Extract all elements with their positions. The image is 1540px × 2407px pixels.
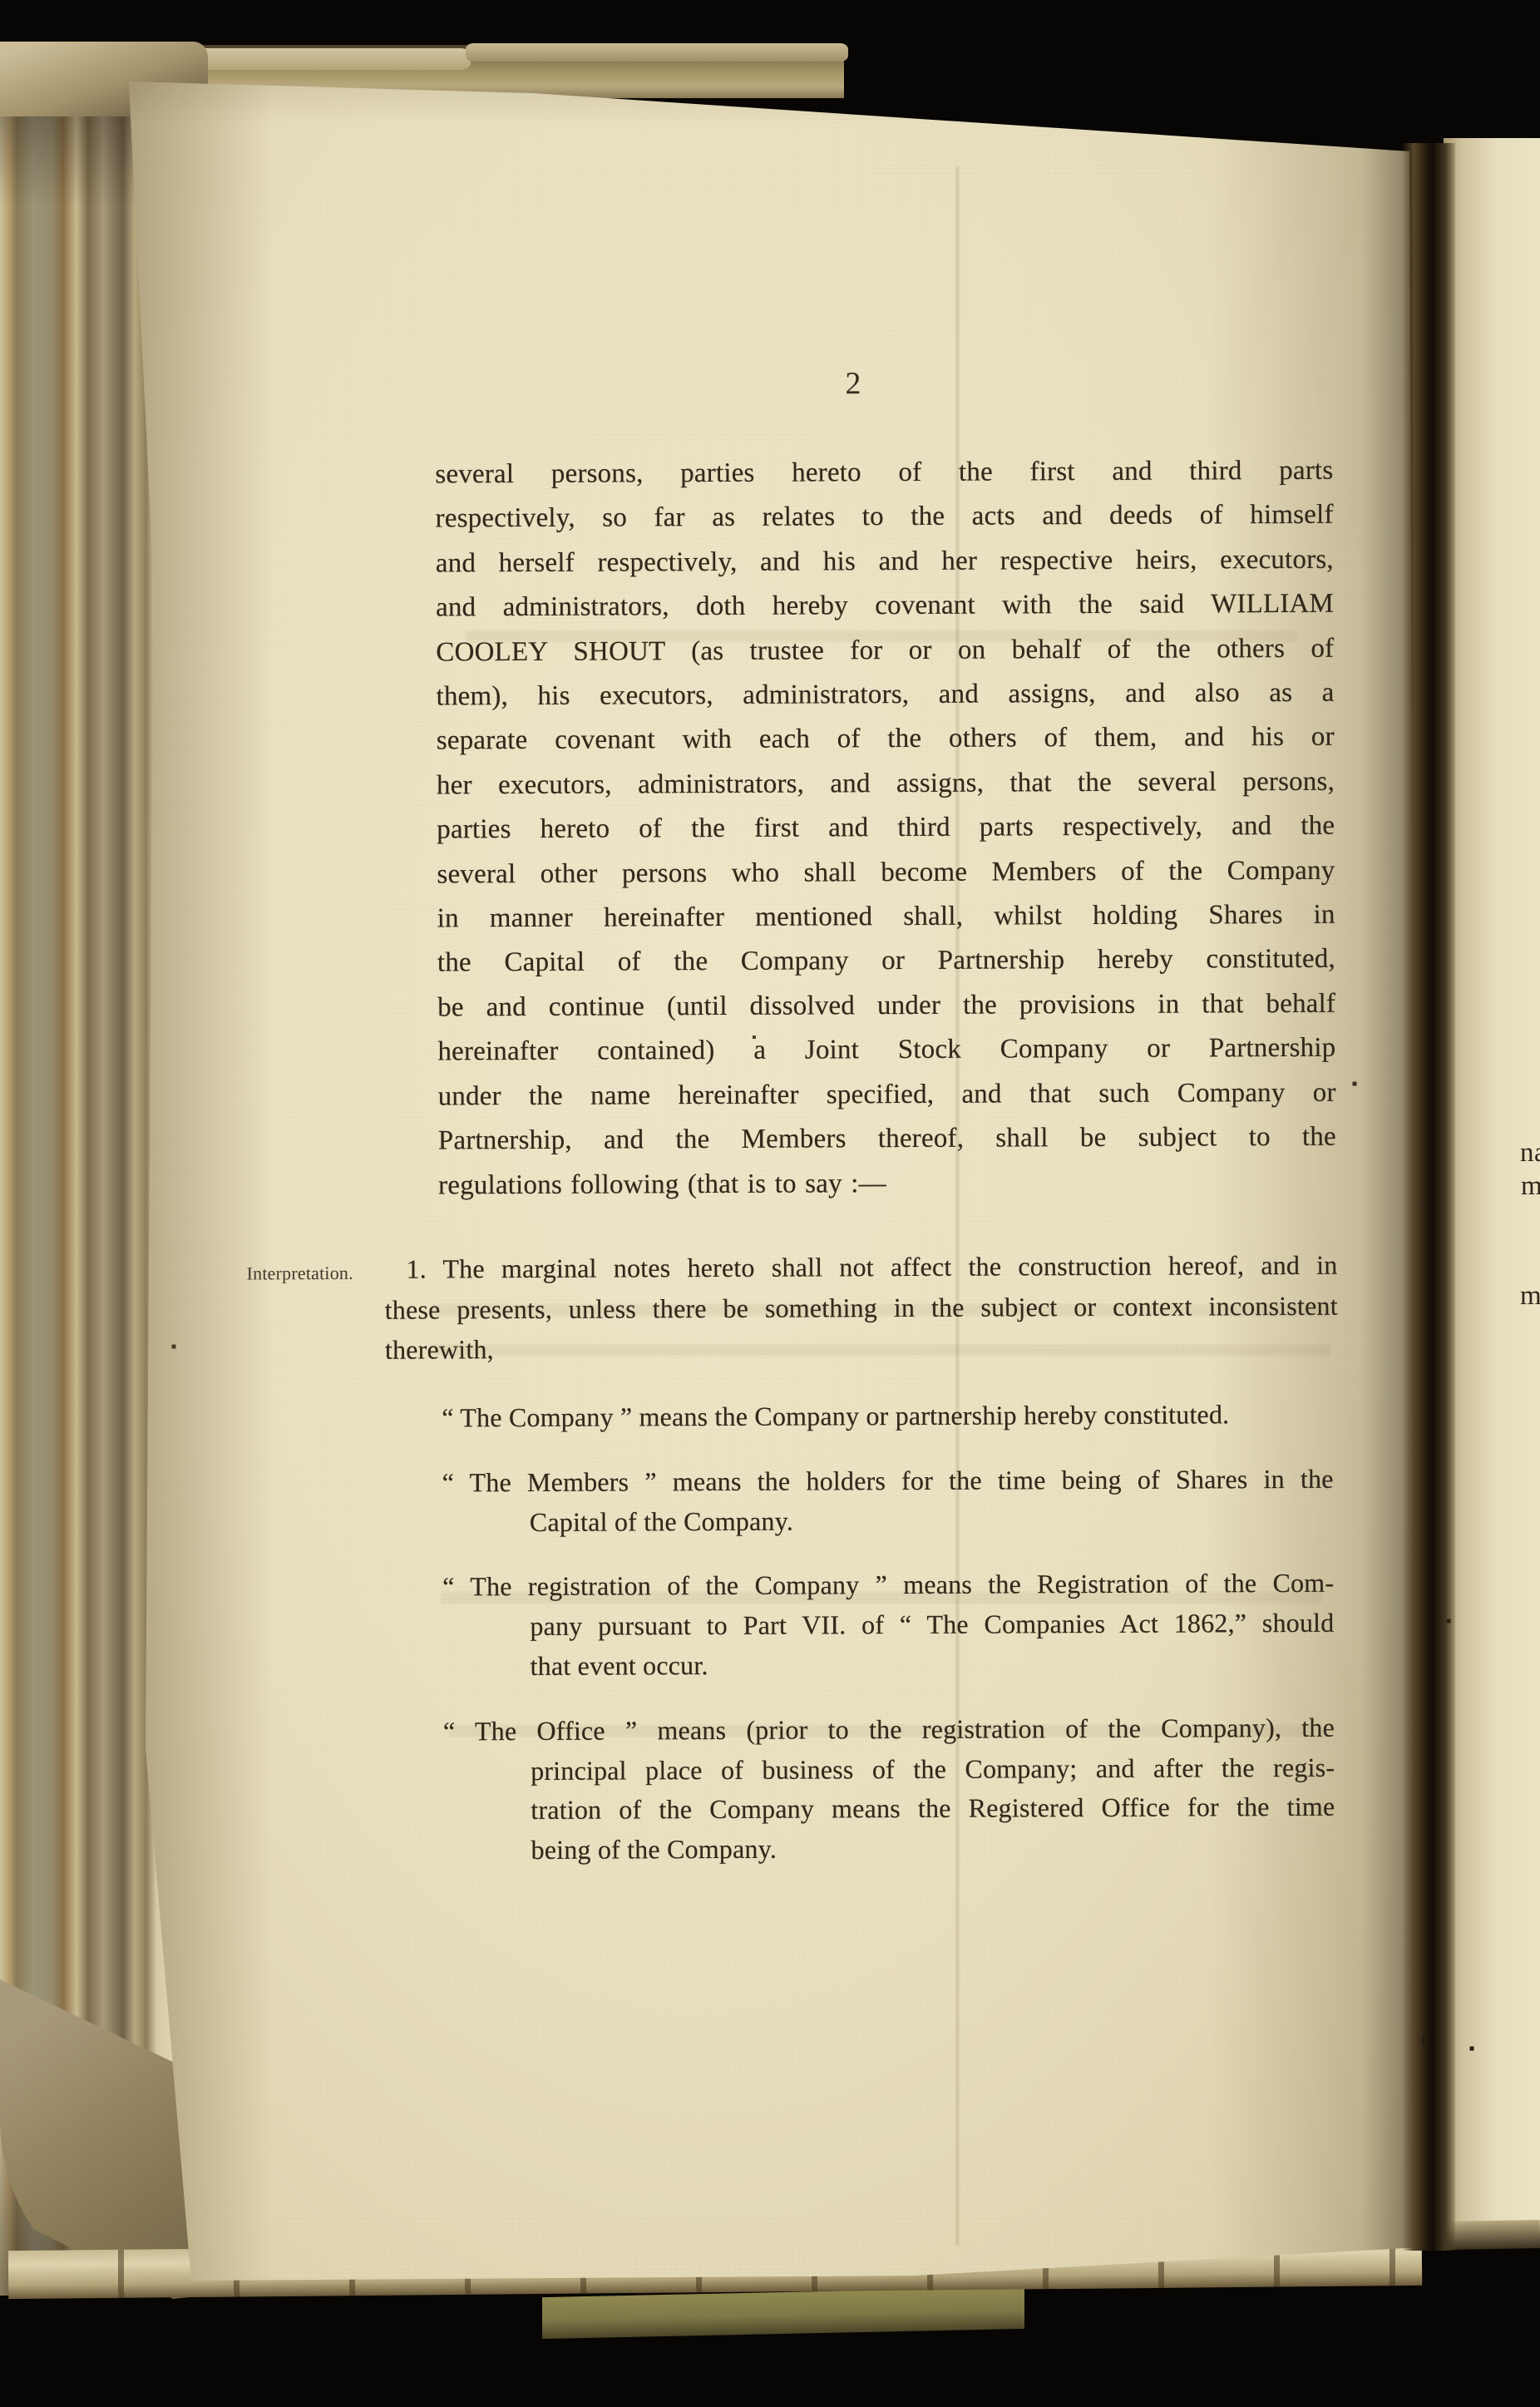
text-line: principal place of business of the Compa… xyxy=(531,1747,1335,1791)
text-line: “ The Company ” means the Company or par… xyxy=(442,1395,1333,1438)
main-paragraph: several persons, parties hereto of the f… xyxy=(435,449,1336,1208)
text-line: pany pursuant to Part VII. of “ The Comp… xyxy=(530,1604,1334,1647)
text-line: COOLEY SHOUT (as trustee for or on behal… xyxy=(436,626,1334,675)
text-line: “ The Members ” means the holders for th… xyxy=(442,1460,1334,1503)
text-line: them), his executors, administrators, an… xyxy=(436,671,1334,719)
text-line: “ The Office ” means (prior to the regis… xyxy=(443,1708,1335,1752)
text-line: respectively, so far as relates to the a… xyxy=(436,493,1334,541)
text-line: and administrators, doth hereby covenant… xyxy=(436,582,1334,630)
text-line: several persons, parties hereto of the f… xyxy=(435,449,1333,497)
text-line: the Capital of the Company or Partnershi… xyxy=(437,937,1335,986)
text-line: hereinafter contained) a Joint Stock Com… xyxy=(437,1026,1335,1075)
text-line: in manner hereinafter mentioned shall, w… xyxy=(437,893,1335,942)
text-line: 1. The marginal notes hereto shall not a… xyxy=(384,1245,1337,1289)
text-line: and herself respectively, and his and he… xyxy=(436,538,1334,586)
text-line: that event occur. xyxy=(531,1643,1335,1687)
marginal-note-interpretation: Interpretation. xyxy=(247,1263,392,1285)
text-line: under the name hereinafter specified, an… xyxy=(438,1070,1336,1119)
definition-the-office: “ The Office ” means (prior to the regis… xyxy=(443,1708,1335,1871)
text-line: be and continue (until dissolved under t… xyxy=(437,982,1335,1031)
text-line: her executors, administrators, and assig… xyxy=(437,760,1335,808)
definition-the-members: “ The Members ” means the holders for th… xyxy=(442,1460,1334,1543)
text-line: Partnership, and the Members thereof, sh… xyxy=(438,1115,1336,1164)
scanned-book-photograph: na m m 2 several persons, parties hereto… xyxy=(0,0,1540,2407)
definition-registration: “ The registration of the Company ” mean… xyxy=(442,1564,1335,1687)
text-line: Capital of the Company. xyxy=(530,1499,1334,1542)
text-line: being of the Company. xyxy=(531,1827,1335,1871)
ink-specks xyxy=(0,0,2,2)
clause-1-text: 1. The marginal notes hereto shall not a… xyxy=(384,1245,1338,1370)
printed-text-layer: 2 several persons, parties hereto of the… xyxy=(0,0,1540,2407)
text-line: several other persons who shall become M… xyxy=(437,848,1335,897)
text-line: parties hereto of the first and third pa… xyxy=(437,804,1335,853)
text-line: therewith, xyxy=(385,1326,1338,1371)
text-line: separate covenant with each of the other… xyxy=(437,715,1335,764)
definitions-list: “ The Company ” means the Company or par… xyxy=(442,1395,1335,1896)
text-line: these presents, unless there be somethin… xyxy=(385,1285,1338,1329)
page-number: 2 xyxy=(812,365,895,402)
text-line: regulations following (that is to say :— xyxy=(438,1159,1336,1208)
text-line: tration of the Company means the Registe… xyxy=(531,1787,1335,1831)
definition-the-company: “ The Company ” means the Company or par… xyxy=(442,1395,1333,1438)
text-line: “ The registration of the Company ” mean… xyxy=(442,1564,1334,1607)
